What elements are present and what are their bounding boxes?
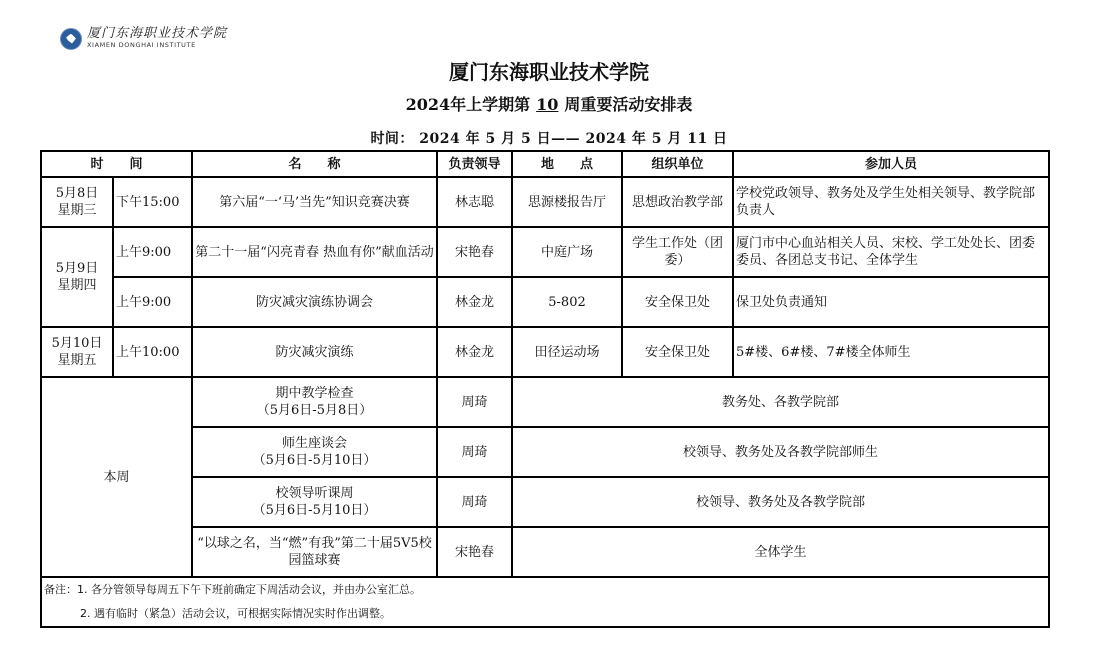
organizer-cell: 思想政治教学部 — [622, 177, 733, 227]
leader-cell: 林金龙 — [437, 327, 512, 377]
column-header-time: 时 间 — [41, 151, 192, 177]
participants-cell: 5#楼、6#楼、7#楼全体师生 — [733, 327, 1049, 377]
note-line-2: 2. 遇有临时（紧急）活动会议，可根据实际情况实时作出调整。 — [44, 602, 1046, 626]
time-cell: 下午15:00 — [113, 177, 192, 227]
subtitle-prefix: 2024年上学期第 — [406, 95, 531, 114]
column-header-name: 名 称 — [192, 151, 437, 177]
column-header-participants: 参加人员 — [733, 151, 1049, 177]
participants-cell: 教务处、各教学院部 — [512, 377, 1049, 427]
document-title: 厦门东海职业技术学院 — [0, 56, 1098, 85]
table-row: 上午9:00 防灾减灾演练协调会 林金龙 5-802 安全保卫处 保卫处负责通知 — [41, 277, 1049, 327]
participants-cell: 校领导、教务处及各教学院部师生 — [512, 427, 1049, 477]
name-cell: 第六届“一‘马’当先”知识竞赛决赛 — [192, 177, 437, 227]
document-subtitle: 2024年上学期第10周重要活动安排表 — [0, 92, 1098, 115]
location-cell: 思源楼报告厅 — [512, 177, 622, 227]
week-row: “以球之名，当“燃”有我”第二十届5V5校园篮球赛 宋艳春 全体学生 — [41, 527, 1049, 577]
school-logo: 厦门东海职业技术学院 XIAMEN DONGHAI INSTITUTE — [60, 27, 227, 50]
table-row: 5月9日星期四 上午9:00 第二十一届“闪亮青春 热血有你”献血活动 宋艳春 … — [41, 227, 1049, 277]
name-cell: “以球之名，当“燃”有我”第二十届5V5校园篮球赛 — [192, 527, 437, 577]
participants-cell: 全体学生 — [512, 527, 1049, 577]
logo-name-en: XIAMEN DONGHAI INSTITUTE — [87, 41, 227, 50]
table-row: 5月10日星期五 上午10:00 防灾减灾演练 林金龙 田径运动场 安全保卫处 … — [41, 327, 1049, 377]
name-cell: 第二十一届“闪亮青春 热血有你”献血活动 — [192, 227, 437, 277]
week-label-cell: 本周 — [41, 377, 192, 577]
participants-cell: 保卫处负责通知 — [733, 277, 1049, 327]
schedule-table: 时 间 名 称 负责领导 地 点 组织单位 参加人员 5月8日星期三 下午15:… — [40, 150, 1050, 628]
participants-cell: 学校党政领导、教务处及学生处相关领导、教学院部负责人 — [733, 177, 1049, 227]
weekday: 星期四 — [44, 277, 110, 294]
participants-cell: 校领导、教务处及各教学院部 — [512, 477, 1049, 527]
time-cell: 上午10:00 — [113, 327, 192, 377]
leader-cell: 周琦 — [437, 377, 512, 427]
column-header-organizer: 组织单位 — [622, 151, 733, 177]
date: 5月10日 — [44, 335, 110, 352]
organizer-cell: 学生工作处（团委） — [622, 227, 733, 277]
leader-cell: 周琦 — [437, 477, 512, 527]
leader-cell: 林志聪 — [437, 177, 512, 227]
leader-cell: 林金龙 — [437, 277, 512, 327]
activity-period: （5月6日-5月10日） — [195, 452, 434, 469]
date-cell: 5月10日星期五 — [41, 327, 113, 377]
logo-name-cn: 厦门东海职业技术学院 — [87, 27, 227, 41]
activity-period: （5月6日-5月8日） — [195, 402, 434, 419]
date: 5月9日 — [44, 260, 110, 277]
organizer-cell: 安全保卫处 — [622, 277, 733, 327]
time-cell: 上午9:00 — [113, 227, 192, 277]
activity-name: 期中教学检查 — [195, 385, 434, 402]
column-header-location: 地 点 — [512, 151, 622, 177]
name-cell: 期中教学检查（5月6日-5月8日） — [192, 377, 437, 427]
week-number: 10 — [530, 95, 564, 114]
date-cell: 5月9日星期四 — [41, 227, 113, 327]
table-header-row: 时 间 名 称 负责领导 地 点 组织单位 参加人员 — [41, 151, 1049, 177]
week-row: 本周 期中教学检查（5月6日-5月8日） 周琦 教务处、各教学院部 — [41, 377, 1049, 427]
subtitle-suffix: 周重要活动安排表 — [564, 95, 692, 114]
activity-name: 校领导听课周 — [195, 485, 434, 502]
name-cell: 师生座谈会（5月6日-5月10日） — [192, 427, 437, 477]
leader-cell: 宋艳春 — [437, 527, 512, 577]
week-row: 师生座谈会（5月6日-5月10日） 周琦 校领导、教务处及各教学院部师生 — [41, 427, 1049, 477]
weekday: 星期三 — [44, 202, 110, 219]
note-line-1: 备注：1. 各分管领导每周五下午下班前确定下周活动会议，并由办公室汇总。 — [44, 578, 1046, 602]
location-cell: 中庭广场 — [512, 227, 622, 277]
date-range: 时间： 2024 年 5 月 5 日—— 2024 年 5 月 11 日 — [0, 128, 1098, 148]
name-cell: 校领导听课周（5月6日-5月10日） — [192, 477, 437, 527]
date: 5月8日 — [44, 185, 110, 202]
name-cell: 防灾减灾演练 — [192, 327, 437, 377]
notes-row: 备注：1. 各分管领导每周五下午下班前确定下周活动会议，并由办公室汇总。 2. … — [41, 577, 1049, 627]
school-emblem-icon — [60, 28, 82, 50]
date-cell: 5月8日星期三 — [41, 177, 113, 227]
leader-cell: 周琦 — [437, 427, 512, 477]
activity-period: （5月6日-5月10日） — [195, 502, 434, 519]
column-header-leader: 负责领导 — [437, 151, 512, 177]
name-cell: 防灾减灾演练协调会 — [192, 277, 437, 327]
notes-cell: 备注：1. 各分管领导每周五下午下班前确定下周活动会议，并由办公室汇总。 2. … — [41, 577, 1049, 627]
participants-cell: 厦门市中心血站相关人员、宋校、学工处处长、团委委员、各团总支书记、全体学生 — [733, 227, 1049, 277]
time-cell: 上午9:00 — [113, 277, 192, 327]
organizer-cell: 安全保卫处 — [622, 327, 733, 377]
location-cell: 田径运动场 — [512, 327, 622, 377]
table-row: 5月8日星期三 下午15:00 第六届“一‘马’当先”知识竞赛决赛 林志聪 思源… — [41, 177, 1049, 227]
leader-cell: 宋艳春 — [437, 227, 512, 277]
activity-name: 师生座谈会 — [195, 435, 434, 452]
week-row: 校领导听课周（5月6日-5月10日） 周琦 校领导、教务处及各教学院部 — [41, 477, 1049, 527]
weekday: 星期五 — [44, 352, 110, 369]
location-cell: 5-802 — [512, 277, 622, 327]
